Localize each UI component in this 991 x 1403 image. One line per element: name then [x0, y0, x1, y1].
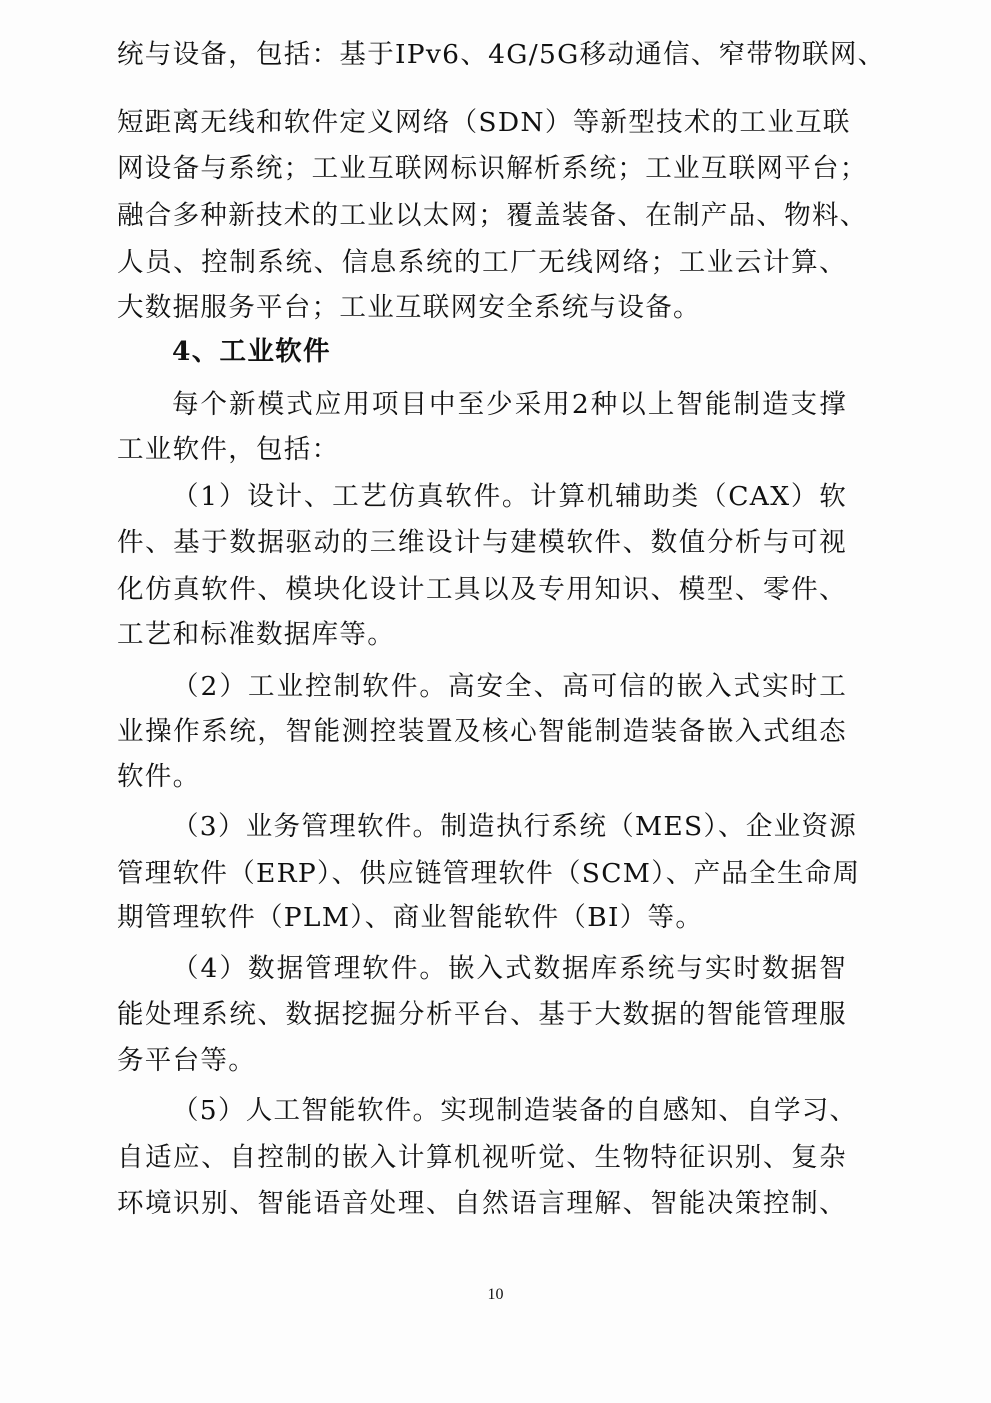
text-line: 业操作系统，智能测控装置及核心智能制造装备嵌入式组态 [117, 707, 847, 757]
text-line: 大数据服务平台；工业互联网安全系统与设备。 [117, 283, 847, 333]
page-number: 10 [0, 1286, 991, 1304]
document-page: 统与设备，包括：基于IPv6、4G/5G移动通信、窄带物联网、 短距离无线和软件… [0, 0, 991, 1403]
text-line: 软件。 [117, 752, 847, 802]
text-line: 件、基于数据驱动的三维设计与建模软件、数值分析与可视 [117, 518, 847, 568]
text-line: 统与设备，包括：基于IPv6、4G/5G移动通信、窄带物联网、 [117, 30, 847, 80]
list-item-1: （1）设计、工艺仿真软件。计算机辅助类（CAX）软 [172, 472, 847, 522]
text-line: 工艺和标准数据库等。 [117, 610, 847, 660]
section-heading: 4、工业软件 [172, 327, 847, 377]
text-line: 能处理系统、数据挖掘分析平台、基于大数据的智能管理服 [117, 990, 847, 1040]
text-line: 每个新模式应用项目中至少采用2种以上智能制造支撑 [172, 380, 847, 430]
list-item-4: （4）数据管理软件。嵌入式数据库系统与实时数据智 [172, 944, 847, 994]
text-line: 网设备与系统；工业互联网标识解析系统；工业互联网平台； [117, 144, 847, 194]
text-line: 期管理软件（PLM）、商业智能软件（BI）等。 [117, 893, 847, 943]
text-line: 管理软件（ERP）、供应链管理软件（SCM）、产品全生命周 [117, 849, 847, 899]
text-line: 环境识别、智能语音处理、自然语言理解、智能决策控制、 [117, 1179, 847, 1229]
text-line: 自适应、自控制的嵌入计算机视听觉、生物特征识别、复杂 [117, 1133, 847, 1183]
list-item-3: （3）业务管理软件。制造执行系统（MES）、企业资源 [172, 802, 847, 852]
text-line: 务平台等。 [117, 1036, 847, 1086]
text-line: 工业软件，包括： [117, 425, 847, 475]
list-item-2: （2）工业控制软件。高安全、高可信的嵌入式实时工 [172, 662, 847, 712]
text-line: 融合多种新技术的工业以太网；覆盖装备、在制产品、物料、 [117, 191, 847, 241]
text-line: 化仿真软件、模块化设计工具以及专用知识、模型、零件、 [117, 565, 847, 615]
text-line: 人员、控制系统、信息系统的工厂无线网络；工业云计算、 [117, 238, 847, 288]
text-line: 短距离无线和软件定义网络（SDN）等新型技术的工业互联 [117, 98, 847, 148]
list-item-5: （5）人工智能软件。实现制造装备的自感知、自学习、 [172, 1086, 847, 1136]
